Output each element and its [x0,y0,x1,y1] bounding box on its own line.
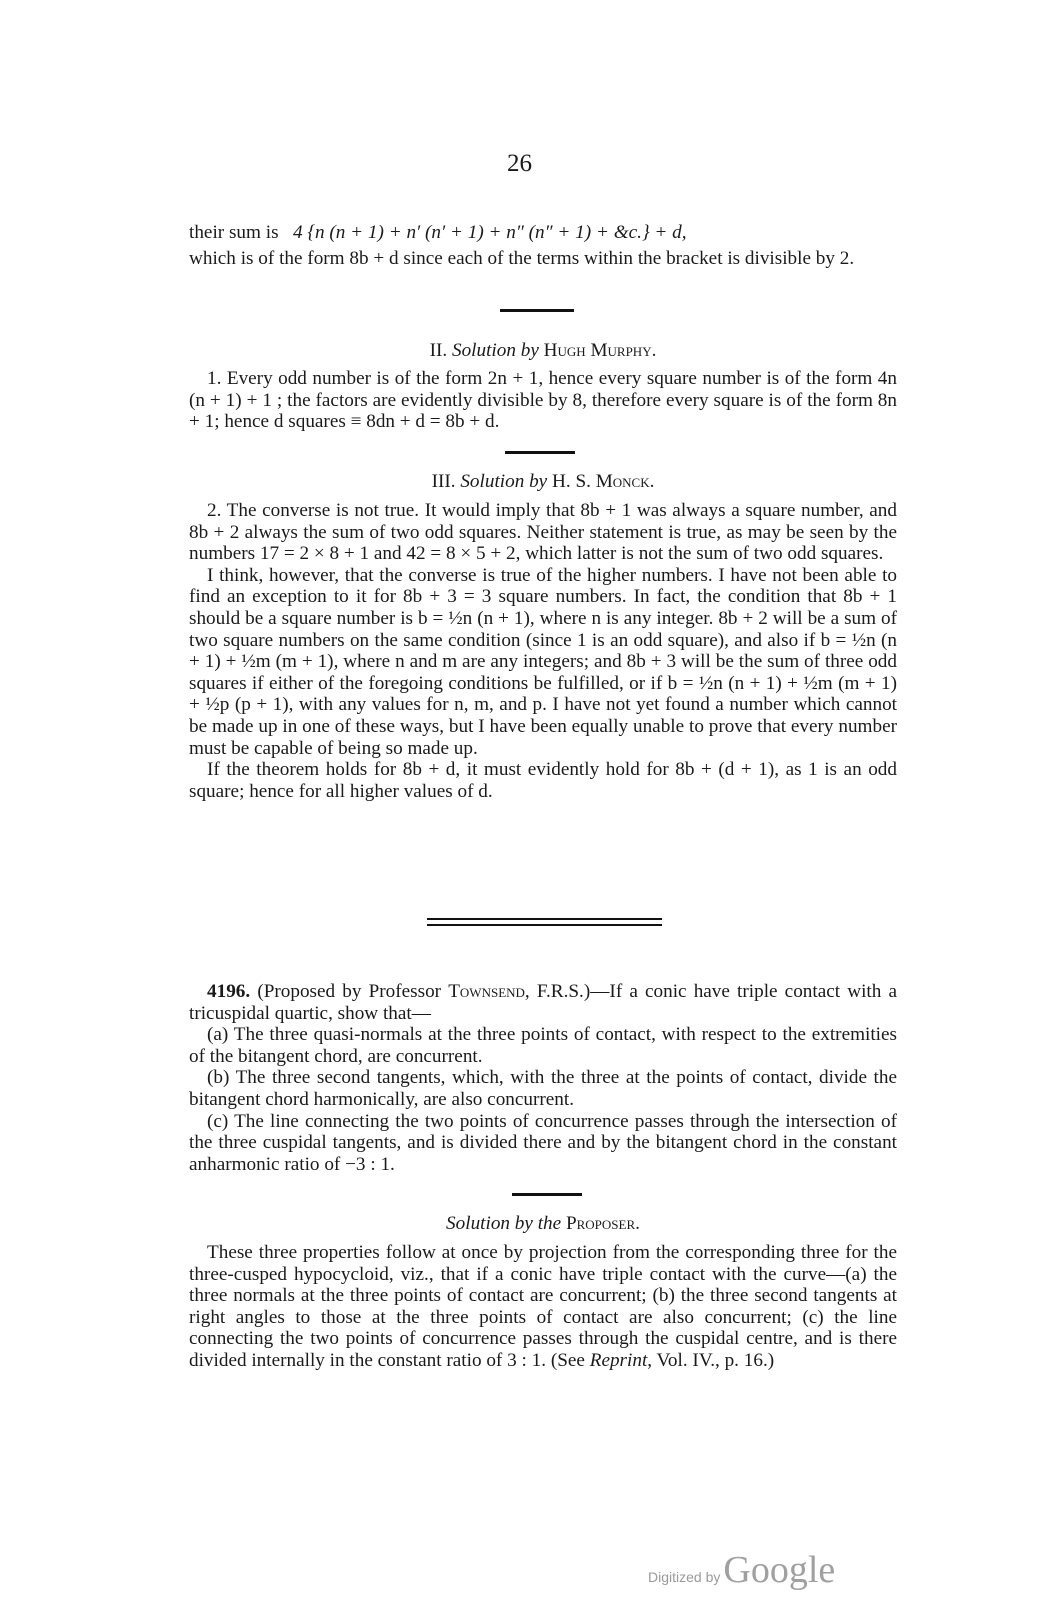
section-divider [500,309,574,312]
heading-author: Hugh Murphy. [544,340,657,361]
proposer-solution-body: These three properties follow at once by… [189,1242,897,1372]
heading-numeral: III. [432,471,456,492]
double-rule-bottom [427,924,662,926]
problem-statement: 4196. (Proposed by Professor Townsend, F… [189,981,897,1024]
solution-2-heading: II. Solution by Hugh Murphy. [189,340,897,362]
watermark-small-text: Digitized by [648,1569,720,1585]
proposer-prefix: (Proposed by Professor [257,981,441,1002]
reference-detail: , Vol. IV., p. 16.) [647,1350,774,1371]
problem-part-a: (a) The three quasi-normals at the three… [189,1024,897,1067]
problem-number: 4196. [207,981,250,1002]
intro-prefix: their sum is [189,222,279,243]
reference-title: Reprint [590,1350,648,1371]
heading-italic: Solution by the [446,1213,561,1234]
problem-part-b: (b) The three second tangents, which, wi… [189,1067,897,1110]
solution-2-body: 1. Every odd number is of the form 2n + … [189,368,897,433]
solution-3-paragraph: If the theorem holds for 8b + d, it must… [189,759,897,802]
proposer-solution-heading: Solution by the Proposer. [189,1213,897,1235]
solution-3-paragraph: I think, however, that the converse is t… [189,565,897,759]
google-logo: Google [723,1549,835,1591]
digitized-by-google-watermark: Digitized byGoogle [648,1548,835,1592]
solution-3-paragraph: 2. The converse is not true. It would im… [189,500,897,565]
heading-author: H. S. Monck. [552,471,654,492]
proposer-solution-paragraph: These three properties follow at once by… [189,1242,897,1372]
problem-4196: 4196. (Proposed by Professor Townsend, F… [189,981,897,1175]
double-rule-top [427,918,662,920]
problem-part-c: (c) The line connecting the two points o… [189,1111,897,1176]
solution-2-paragraph: 1. Every odd number is of the form 2n + … [189,368,897,433]
heading-italic: Solution by [460,471,547,492]
proposer-name: Townsend [448,981,525,1002]
solution-text: These three properties follow at once by… [189,1242,897,1371]
intro-explanation: which is of the form 8b + d since each o… [189,248,897,270]
heading-author: Proposer. [566,1213,640,1234]
intro-text: their sum is 4 {n (n + 1) + n′ (n′ + 1) … [189,222,897,269]
solution-3-heading: III. Solution by H. S. Monck. [189,471,897,493]
solution-3-body: 2. The converse is not true. It would im… [189,500,897,802]
book-page: 26 their sum is 4 {n (n + 1) + n′ (n′ + … [0,0,1039,1622]
intro-sum-line: their sum is 4 {n (n + 1) + n′ (n′ + 1) … [189,222,897,244]
section-divider [505,451,575,454]
intro-formula: 4 {n (n + 1) + n′ (n′ + 1) + n″ (n″ + 1)… [293,222,687,243]
heading-italic: Solution by [452,340,539,361]
section-divider [512,1193,582,1196]
page-number: 26 [0,150,1039,178]
heading-numeral: II. [430,340,448,361]
